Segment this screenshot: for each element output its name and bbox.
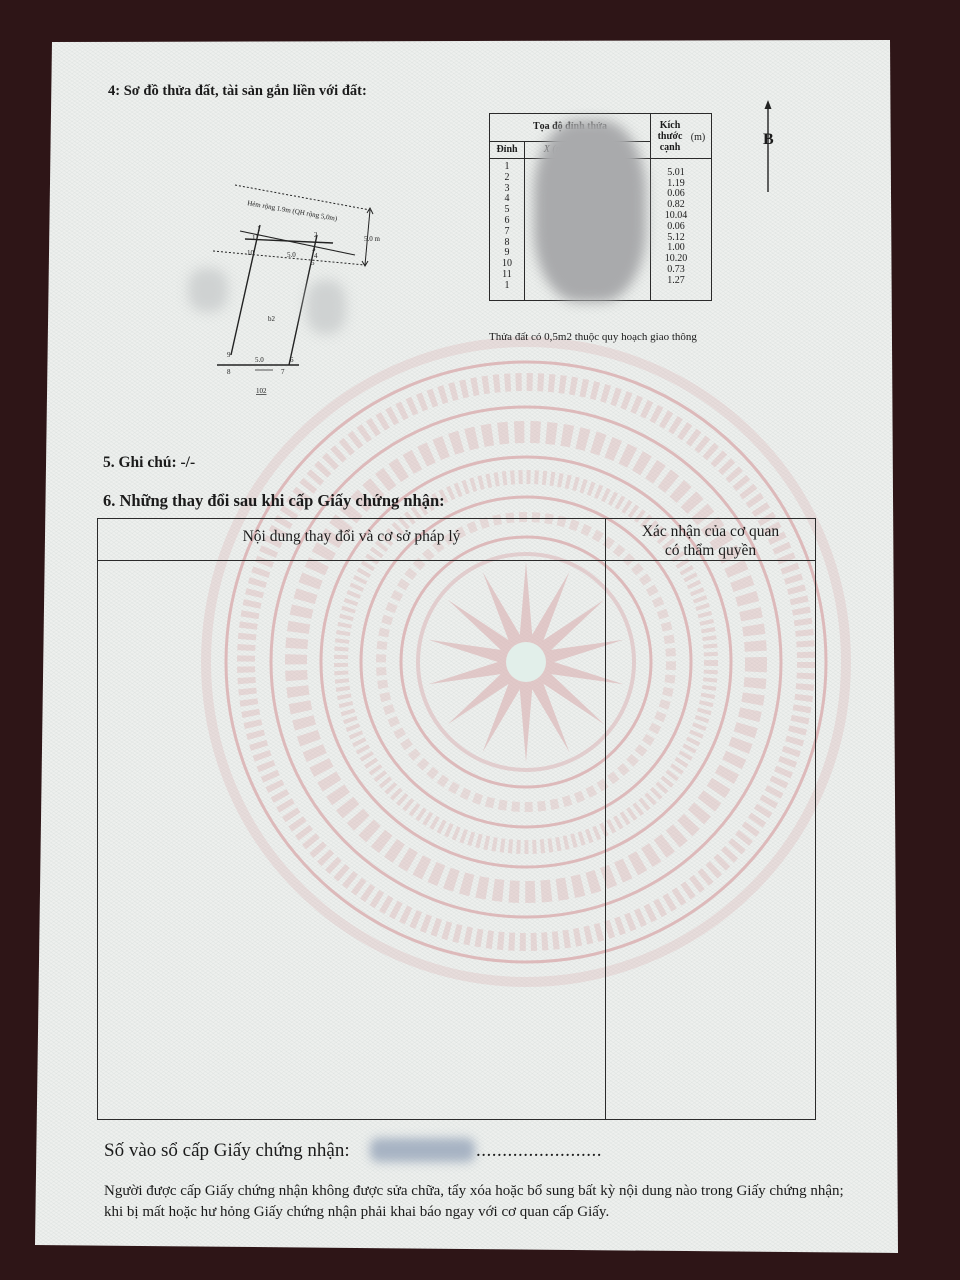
changes-col-content-header: Nội dung thay đổi và cơ sở pháp lý [98, 528, 605, 546]
redacted-coordinates [534, 120, 646, 302]
serial-dots: ........................ [476, 1140, 602, 1162]
section-4-title: 4: Sơ đồ thửa đất, tài sản gắn liền với … [108, 83, 367, 100]
svg-text:7: 7 [281, 368, 285, 376]
vertex-cell: 1 [490, 281, 524, 292]
changes-col-confirm-header: Xác nhận của cơ quan có thẩm quyền [606, 522, 815, 560]
svg-text:11: 11 [252, 234, 259, 242]
vertex-coordinate-table: Tọa độ đỉnh thửa Đỉnh X (m) Kích thước c… [489, 113, 712, 301]
coord-header-size: Kích thước cạnh [650, 120, 690, 153]
redaction-blob [306, 280, 346, 334]
vertex-cell: 2 [490, 173, 524, 184]
serial-label: Số vào sổ cấp Giấy chứng nhận: [104, 1140, 350, 1162]
serial-value-redacted [370, 1138, 475, 1162]
coord-header-vertex: Đỉnh [490, 144, 524, 155]
coord-vertex-column: 12345678910111 [490, 162, 524, 292]
svg-text:2: 2 [314, 231, 318, 239]
svg-text:8: 8 [227, 368, 231, 376]
svg-text:1: 1 [257, 225, 261, 233]
section-6-title: 6. Những thay đổi sau khi cấp Giấy chứng… [103, 491, 445, 511]
svg-text:6: 6 [290, 356, 294, 364]
changes-table: Nội dung thay đổi và cơ sở pháp lý Xác n… [97, 518, 816, 1120]
svg-text:10: 10 [247, 249, 255, 257]
legal-warning: Người được cấp Giấy chứng nhận không đượ… [104, 1181, 844, 1223]
edge-length-cell: 1.27 [650, 276, 702, 287]
certificate-page: 4: Sơ đồ thửa đất, tài sản gắn liền với … [0, 0, 960, 1280]
svg-text:102: 102 [256, 387, 267, 395]
svg-text:5: 5 [311, 259, 315, 267]
svg-text:5.0: 5.0 [255, 356, 264, 364]
svg-text:4: 4 [314, 252, 318, 260]
edge-length-cell: 5.01 [650, 168, 702, 179]
vertex-cell: 7 [490, 227, 524, 238]
svg-text:9: 9 [227, 351, 231, 359]
svg-text:5.0: 5.0 [287, 251, 296, 259]
redaction-blob [188, 268, 228, 312]
planning-note: Thửa đất có 0,5m2 thuộc quy hoạch giao t… [489, 331, 697, 343]
section-5-notes: 5. Ghi chú: -/- [103, 454, 195, 472]
north-label: B [763, 131, 774, 149]
svg-text:5.0 m: 5.0 m [364, 235, 381, 243]
edge-length-cell: 0.06 [650, 222, 702, 233]
coord-size-column: 5.011.190.060.8210.040.065.121.0010.200.… [650, 157, 702, 287]
svg-text:b2: b2 [268, 315, 276, 323]
svg-text:Hẻm rộng 1.9m (QH rộng 5,0m): Hẻm rộng 1.9m (QH rộng 5,0m) [247, 199, 339, 223]
